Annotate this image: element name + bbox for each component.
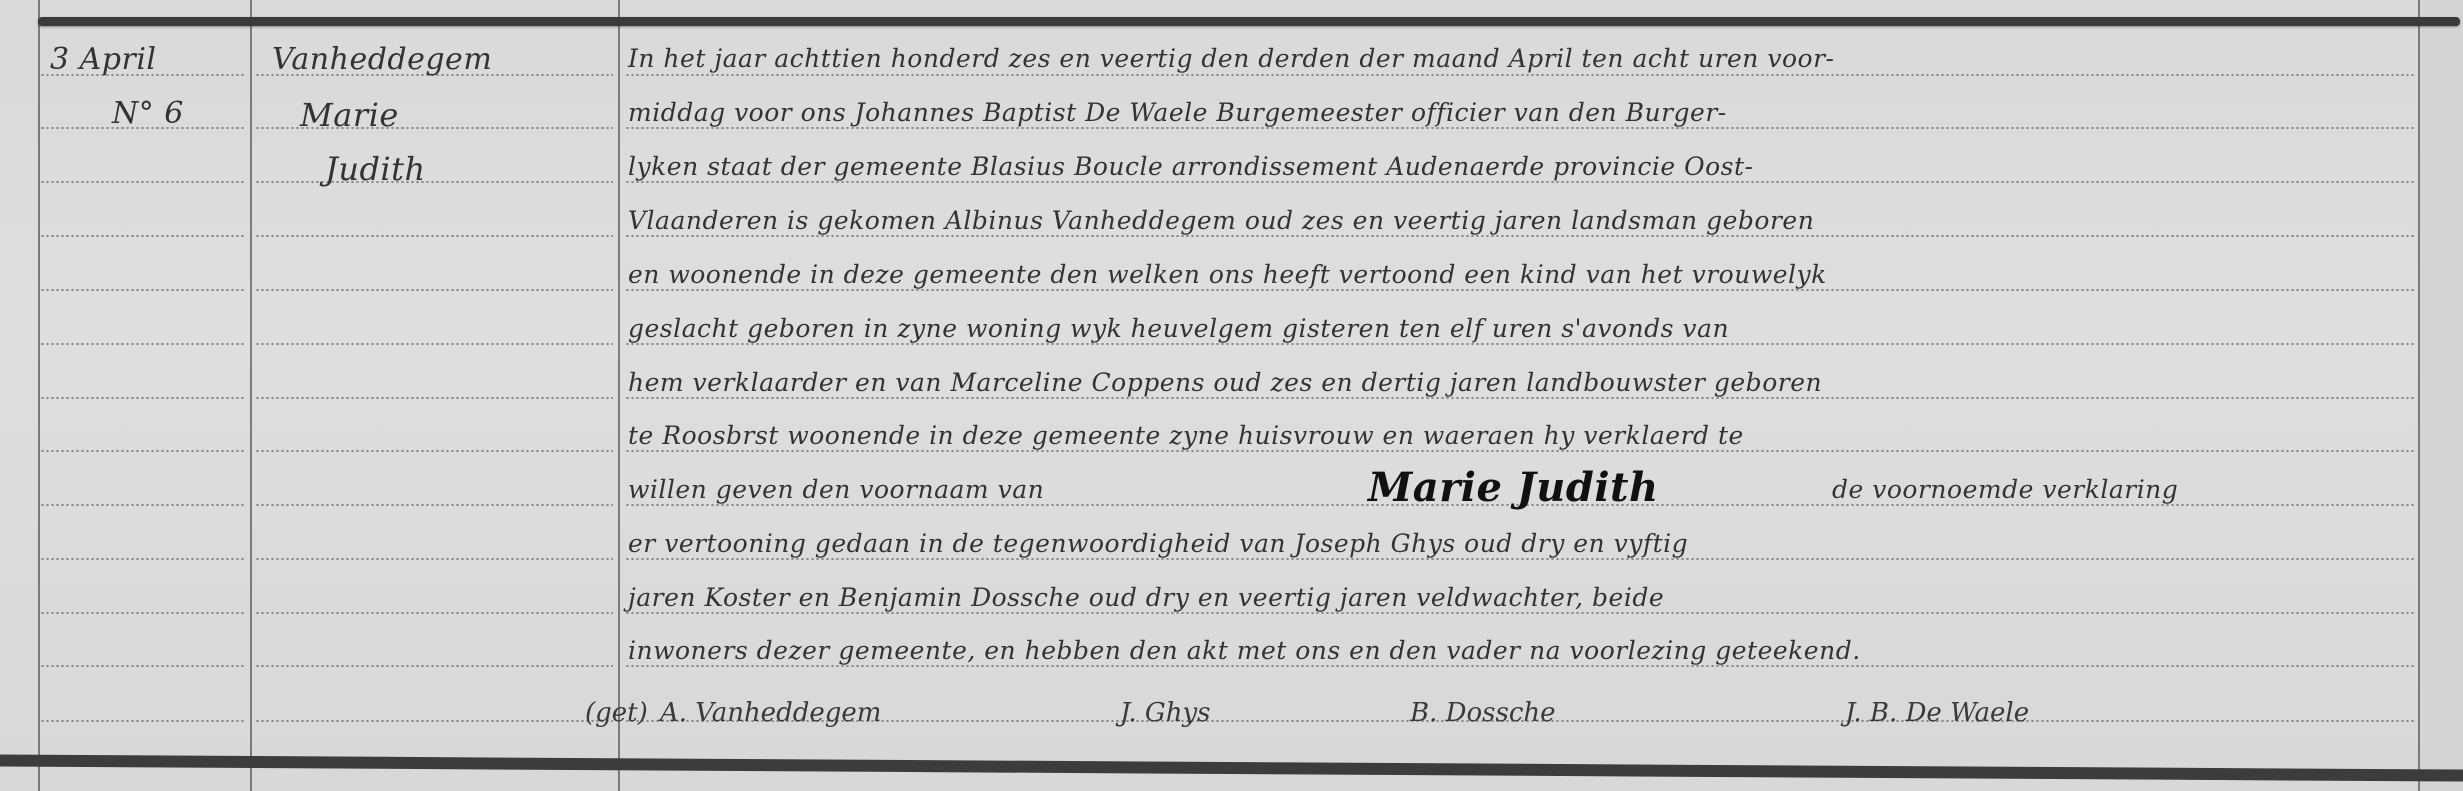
body-line-10: er vertooning gedaan in de tegenwoordigh… (628, 529, 1688, 558)
body-line-7: hem verklaarder en van Marceline Coppens… (628, 368, 1822, 397)
column-rule-name (618, 0, 620, 791)
entry-date: 3 April (50, 42, 157, 77)
column-rule-date (250, 0, 252, 791)
body-line-2: middag voor ons Johannes Baptist De Wael… (628, 98, 1727, 127)
body-line-11: jaren Koster en Benjamin Dossche oud dry… (628, 583, 1664, 612)
register-page: 3 April N° 6 Vanheddegem Marie Judith In… (0, 0, 2463, 791)
given-name-2: Judith (325, 150, 426, 188)
body-line-4: Vlaanderen is gekomen Albinus Vanheddege… (628, 206, 1814, 235)
body-line-12: inwoners dezer gemeente, en hebben den a… (628, 636, 1861, 665)
surname: Vanheddegem (272, 42, 492, 77)
page-edge (2420, 0, 2463, 791)
body-line-5: en woonende in deze gemeente den welken … (628, 260, 1827, 289)
child-name-highlight: Marie Judith (1368, 464, 1659, 511)
signature-witness-2: B. Dossche (1410, 698, 1556, 728)
top-divider-rule (38, 17, 2460, 26)
signature-father: A. Vanheddegem (660, 698, 881, 728)
body-line-3: lyken staat der gemeente Blasius Boucle … (628, 152, 1754, 181)
bottom-divider-rule (0, 754, 2463, 781)
signature-mayor: J. B. De Waele (1845, 698, 2029, 728)
body-line-9-tail: de voornoemde verklaring (1832, 475, 2178, 504)
given-name-1: Marie (300, 96, 399, 134)
column-rule-left (38, 0, 40, 791)
signature-witness-1: J. Ghys (1120, 698, 1210, 728)
body-line-8: te Roosbrst woonende in deze gemeente zy… (628, 421, 1744, 450)
body-line-9: willen geven den voornaam van (628, 475, 1044, 504)
signature-prefix: (get) (585, 698, 648, 728)
body-line-6: geslacht geboren in zyne woning wyk heuv… (628, 314, 1729, 343)
column-rule-right (2418, 0, 2420, 791)
body-line-1: In het jaar achttien honderd zes en veer… (628, 44, 1834, 73)
entry-number: N° 6 (112, 96, 184, 131)
